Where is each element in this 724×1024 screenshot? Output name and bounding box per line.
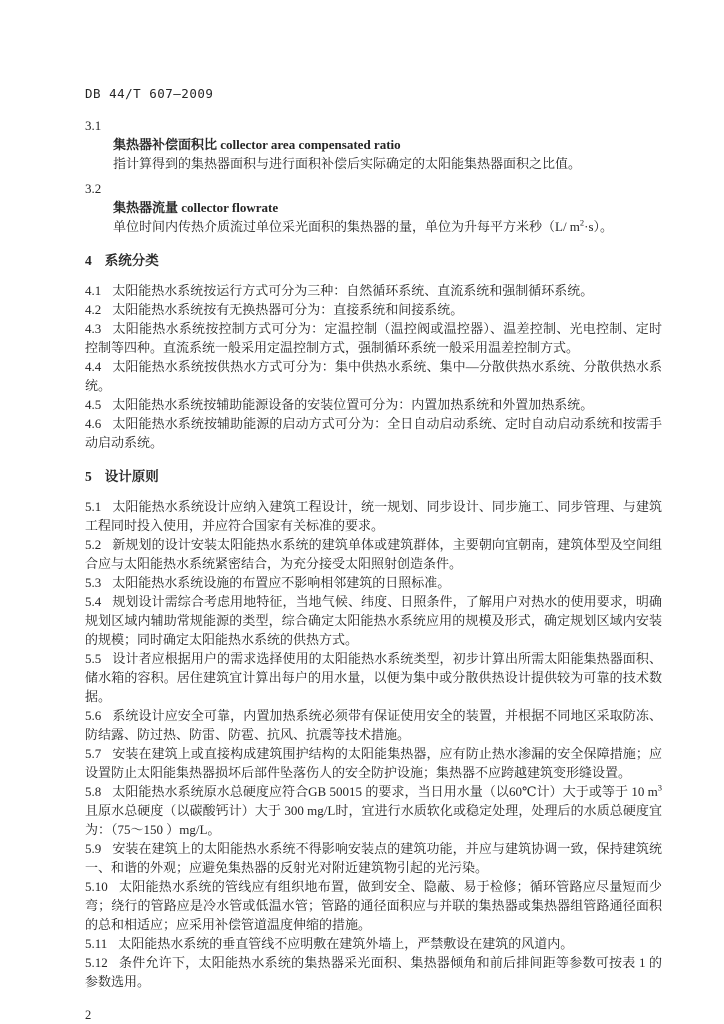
clause-4-5: 4.5太阳能热水系统按辅助能源设备的安装位置可分为：内置加热系统和外置加热系统。 (85, 395, 662, 414)
clause-5-10: 5.10太阳能热水系统的管线应有组织地布置，做到安全、隐蔽、易于检修；循环管路应… (85, 877, 662, 934)
document-page: DB 44/T 607—2009 3.1 集热器补偿面积比 collector … (0, 0, 724, 1024)
clause-text: 规划设计需综合考虑用地特征，当地气候、纬度、日照条件，了解用户对热水的使用要求，… (85, 594, 662, 647)
clause-number: 5.4 (85, 594, 101, 609)
clause-5-12: 5.12条件允许下，太阳能热水系统的集热器采光面积、集热器倾角和前后排间距等参数… (85, 953, 662, 991)
clause-number: 5.3 (85, 575, 101, 590)
clause-text: 太阳能热水系统的管线应有组织地布置，做到安全、隐蔽、易于检修；循环管路应尽量短而… (85, 879, 662, 932)
clause-text: 设计者应根据用户的需求选择使用的太阳能热水系统类型，初步计算出所需太阳能集热器面… (85, 651, 662, 704)
section-5-body: 5.1太阳能热水系统设计应纳入建筑工程设计，统一规划、同步设计、同步施工、同步管… (85, 497, 662, 991)
clause-5-2: 5.2新规划的设计安装太阳能热水系统的建筑单体或建筑群体，主要朝向宜朝南，建筑体… (85, 535, 662, 573)
clause-number: 5.1 (85, 499, 101, 514)
clause-number: 5.11 (85, 936, 107, 951)
term-definition: 指计算得到的集热器面积与进行面积补偿后实际确定的太阳能集热器面积之比值。 (85, 154, 662, 173)
doc-code-header: DB 44/T 607—2009 (85, 84, 662, 103)
term-title: 集热器流量 collector flowrate (85, 198, 662, 217)
clause-4-3: 4.3太阳能热水系统按控制方式可分为：定温控制（温控阀或温控器）、温差控制、光电… (85, 319, 662, 357)
clause-text: 太阳能热水系统设计应纳入建筑工程设计，统一规划、同步设计、同步施工、同步管理、与… (85, 499, 662, 533)
clause-number: 5.2 (85, 537, 101, 552)
clause-text: 新规划的设计安装太阳能热水系统的建筑单体或建筑群体，主要朝向宜朝南，建筑体型及空… (85, 537, 662, 571)
section-title: 设计原则 (105, 469, 159, 484)
clause-5-6: 5.6系统设计应安全可靠，内置加热系统必须带有保证使用安全的装置，并根据不同地区… (85, 706, 662, 744)
page-number: 2 (85, 1006, 662, 1024)
clause-text: 系统设计应安全可靠，内置加热系统必须带有保证使用安全的装置，并根据不同地区采取防… (85, 708, 662, 742)
clause-number: 4.2 (85, 302, 101, 317)
clause-4-6: 4.6太阳能热水系统按辅助能源的启动方式可分为：全日自动启动系统、定时自动启动系… (85, 414, 662, 452)
clause-4-1: 4.1太阳能热水系统按运行方式可分为三种：自然循环系统、直流系统和强制循环系统。 (85, 281, 662, 300)
section-title: 系统分类 (105, 253, 159, 268)
clause-5-7: 5.7安装在建筑上或直接构成建筑围护结构的太阳能集热器，应有防止热水渗漏的安全保… (85, 744, 662, 782)
clause-number: 4.3 (85, 321, 101, 336)
clause-number: 4.6 (85, 416, 101, 431)
section-number: 5 (85, 469, 92, 484)
clause-4-4: 4.4太阳能热水系统按供热水方式可分为：集中供热水系统、集中—分散供热水系统、分… (85, 357, 662, 395)
clause-text: 安装在建筑上或直接构成建筑围护结构的太阳能集热器，应有防止热水渗漏的安全保障措施… (85, 746, 662, 780)
clause-number: 5.5 (85, 651, 101, 666)
clause-text: 太阳能热水系统的垂直管线不应明敷在建筑外墙上，严禁敷设在建筑的风道内。 (118, 936, 573, 951)
clause-number: 4.1 (85, 283, 101, 298)
section-5-heading: 5设计原则 (85, 467, 662, 486)
clause-text: 太阳能热水系统按控制方式可分为：定温控制（温控阀或温控器）、温差控制、光电控制、… (85, 321, 662, 355)
clause-text: 太阳能热水系统按运行方式可分为三种：自然循环系统、直流系统和强制循环系统。 (112, 283, 593, 298)
clause-text: 太阳能热水系统设施的布置应不影响相邻建筑的日照标准。 (112, 575, 450, 590)
definition-text: ·s）。 (584, 219, 613, 234)
clause-number: 4.4 (85, 359, 101, 374)
clause-5-4: 5.4规划设计需综合考虑用地特征，当地气候、纬度、日照条件，了解用户对热水的使用… (85, 592, 662, 649)
clause-5-1: 5.1太阳能热水系统设计应纳入建筑工程设计，统一规划、同步设计、同步施工、同步管… (85, 497, 662, 535)
clause-text: 太阳能热水系统按辅助能源设备的安装位置可分为：内置加热系统和外置加热系统。 (112, 397, 593, 412)
section-4-body: 4.1太阳能热水系统按运行方式可分为三种：自然循环系统、直流系统和强制循环系统。… (85, 281, 662, 452)
clause-5-5: 5.5设计者应根据用户的需求选择使用的太阳能热水系统类型，初步计算出所需太阳能集… (85, 649, 662, 706)
term-title: 集热器补偿面积比 collector area compensated rati… (85, 135, 662, 154)
section-number: 4 (85, 253, 92, 268)
clause-5-11: 5.11太阳能热水系统的垂直管线不应明敷在建筑外墙上，严禁敷设在建筑的风道内。 (85, 934, 662, 953)
clause-text: 太阳能热水系统按有无换热器可分为：直接系统和间接系统。 (112, 302, 463, 317)
clause-text: 太阳能热水系统按供热水方式可分为：集中供热水系统、集中—分散供热水系统、分散供热… (85, 359, 662, 393)
term-number: 3.2 (85, 179, 662, 198)
clause-5-8: 5.8太阳能热水系统原水总硬度应符合GB 50015 的要求，当日用水量（以60… (85, 782, 662, 839)
clause-text: 条件允许下，太阳能热水系统的集热器采光面积、集热器倾角和前后排间距等参数可按表 … (85, 955, 662, 989)
section-4-heading: 4系统分类 (85, 251, 662, 270)
clause-5-9: 5.9安装在建筑上的太阳能热水系统不得影响安装点的建筑功能，并应与建筑协调一致，… (85, 839, 662, 877)
clause-text: 太阳能热水系统按辅助能源的启动方式可分为：全日自动启动系统、定时自动启动系统和按… (85, 416, 662, 450)
clause-number: 5.10 (85, 879, 108, 894)
clause-number: 5.8 (85, 784, 101, 799)
clause-text: 安装在建筑上的太阳能热水系统不得影响安装点的建筑功能，并应与建筑协调一致，保持建… (85, 841, 662, 875)
clause-number: 5.7 (85, 746, 101, 761)
clause-number: 5.9 (85, 841, 101, 856)
term-number: 3.1 (85, 116, 662, 135)
superscript: 3 (658, 783, 662, 793)
terms-section: 3.1 集热器补偿面积比 collector area compensated … (85, 116, 662, 236)
clause-text: 太阳能热水系统原水总硬度应符合GB 50015 的要求，当日用水量（以60℃计）… (112, 784, 658, 799)
clause-5-3: 5.3太阳能热水系统设施的布置应不影响相邻建筑的日照标准。 (85, 573, 662, 592)
clause-text: 且原水总硬度（以碳酸钙计）大于 300 mg/L时，宜进行水质软化或稳定处理，处… (85, 803, 662, 837)
clause-number: 5.12 (85, 955, 108, 970)
term-definition: 单位时间内传热介质流过单位采光面积的集热器的量，单位为升每平方米秒（L/ m2·… (85, 217, 662, 236)
clause-number: 5.6 (85, 708, 101, 723)
clause-number: 4.5 (85, 397, 101, 412)
definition-text: 单位时间内传热介质流过单位采光面积的集热器的量，单位为升每平方米秒（L/ m (113, 219, 580, 234)
clause-4-2: 4.2太阳能热水系统按有无换热器可分为：直接系统和间接系统。 (85, 300, 662, 319)
